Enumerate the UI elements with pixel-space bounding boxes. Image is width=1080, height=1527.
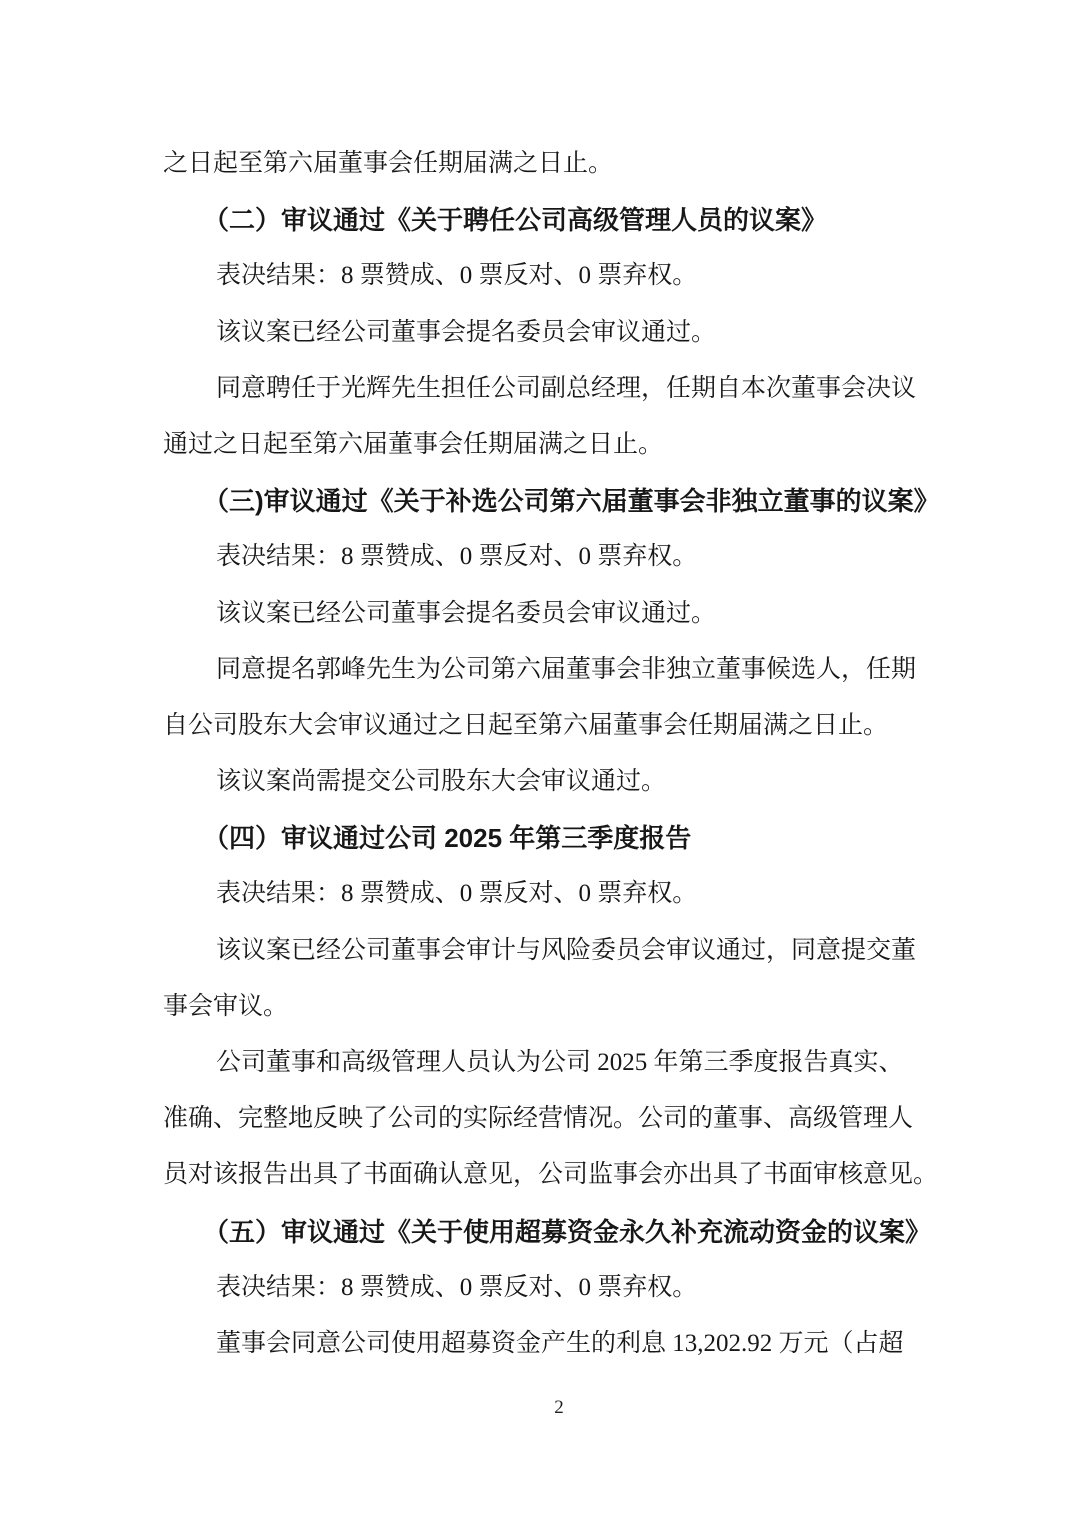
text-line: 通过之日起至第六届董事会任期届满之日止。: [163, 417, 955, 473]
text-line: 表决结果：8 票赞成、0 票反对、0 票弃权。: [163, 1260, 955, 1316]
section-heading: （五）审议通过《关于使用超募资金永久补充流动资金的议案》: [163, 1204, 955, 1260]
text-line: 表决结果：8 票赞成、0 票反对、0 票弃权。: [163, 529, 955, 585]
section-heading: （四）审议通过公司 2025 年第三季度报告: [163, 810, 955, 866]
text-line: 同意提名郭峰先生为公司第六届董事会非独立董事候选人，任期: [163, 642, 955, 698]
section-heading: （三)审议通过《关于补选公司第六届董事会非独立董事的议案》: [163, 473, 955, 529]
section-heading: （二）审议通过《关于聘任公司高级管理人员的议案》: [163, 192, 955, 248]
text-line: 该议案尚需提交公司股东大会审议通过。: [163, 754, 955, 810]
text-line: 表决结果：8 票赞成、0 票反对、0 票弃权。: [163, 866, 955, 922]
text-line: 同意聘任于光辉先生担任公司副总经理，任期自本次董事会决议: [163, 361, 955, 417]
document-body: 之日起至第六届董事会任期届满之日止。（二）审议通过《关于聘任公司高级管理人员的议…: [163, 136, 955, 1372]
text-line: 准确、完整地反映了公司的实际经营情况。公司的董事、高级管理人: [163, 1091, 955, 1147]
text-line: 员对该报告出具了书面确认意见，公司监事会亦出具了书面审核意见。: [163, 1147, 955, 1203]
text-line: 事会审议。: [163, 979, 955, 1035]
text-line: 董事会同意公司使用超募资金产生的利息 13,202.92 万元（占超: [163, 1316, 955, 1372]
document-page: 之日起至第六届董事会任期届满之日止。（二）审议通过《关于聘任公司高级管理人员的议…: [0, 0, 1080, 1527]
text-line: 该议案已经公司董事会提名委员会审议通过。: [163, 586, 955, 642]
text-line: 自公司股东大会审议通过之日起至第六届董事会任期届满之日止。: [163, 698, 955, 754]
text-line: 该议案已经公司董事会提名委员会审议通过。: [163, 305, 955, 361]
text-line: 公司董事和高级管理人员认为公司 2025 年第三季度报告真实、: [163, 1035, 955, 1091]
text-line: 之日起至第六届董事会任期届满之日止。: [163, 136, 955, 192]
page-number: 2: [163, 1396, 955, 1420]
text-line: 表决结果：8 票赞成、0 票反对、0 票弃权。: [163, 248, 955, 304]
text-line: 该议案已经公司董事会审计与风险委员会审议通过，同意提交董: [163, 923, 955, 979]
